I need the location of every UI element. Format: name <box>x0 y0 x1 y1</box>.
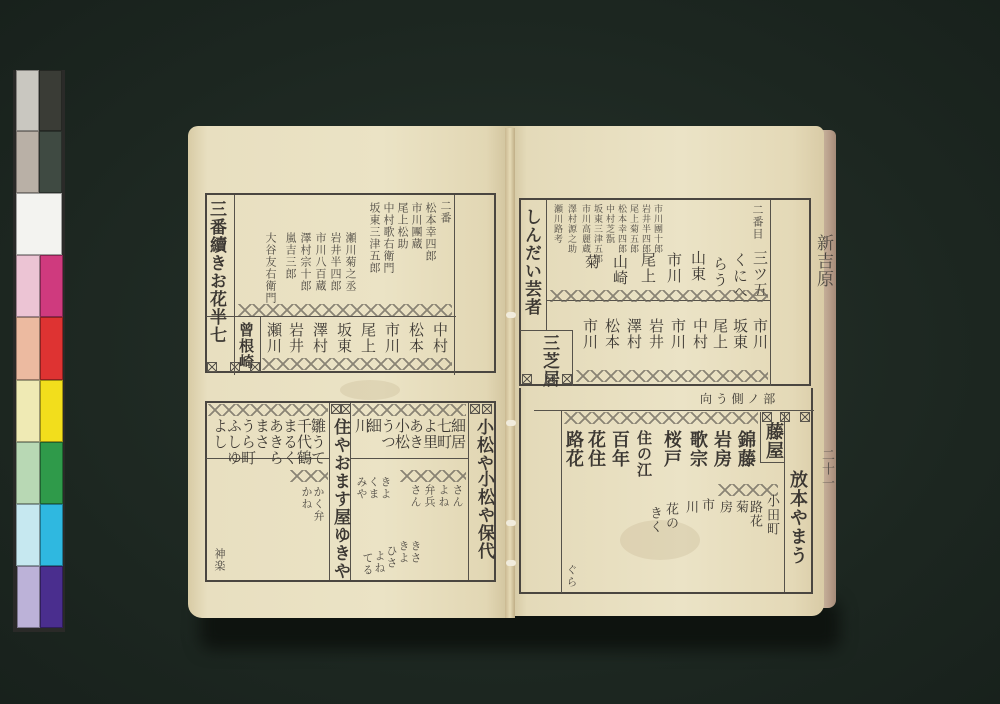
right-header-right: 二番目 <box>752 204 763 240</box>
cast-column: 尾上松助 <box>397 202 408 250</box>
x-mark-box <box>470 404 480 414</box>
lower-cast-column: 市川 <box>752 318 767 350</box>
sub-right-column: さん <box>410 484 421 508</box>
left-inner-divider <box>454 195 455 375</box>
proprietor-name: 放本やまう <box>788 470 806 565</box>
zigzag-border <box>290 470 328 482</box>
sub-right-column: さん <box>452 484 463 508</box>
cast-column: 大谷友右衛門 <box>265 232 276 304</box>
sub-left-column: かね <box>301 486 312 510</box>
x-mark-box <box>800 412 810 422</box>
upper-cast-column: 松本幸四郎 <box>616 204 625 254</box>
divider <box>350 403 351 580</box>
binding-stitch <box>506 560 516 566</box>
lower-cast-column: 瀬川 <box>266 322 281 354</box>
footer-small-column: てる <box>362 552 373 576</box>
divider <box>534 410 814 411</box>
house-box: 藤屋 <box>764 422 782 460</box>
upper-left-column: よし <box>212 418 227 450</box>
divider <box>520 330 572 331</box>
zigzag-border <box>352 404 466 416</box>
swatch-purple <box>40 566 63 628</box>
performer-name: 路花 <box>564 430 582 468</box>
divider <box>760 412 761 462</box>
performer-name: 花住 <box>586 430 604 468</box>
cast-column: 市川團蔵 <box>411 202 422 250</box>
x-mark-box <box>207 362 217 372</box>
sub-mid-column: みや <box>356 476 367 500</box>
main-cast-column: 菊 <box>584 254 599 270</box>
lower-cast-column: 市川 <box>384 322 399 354</box>
lower-cast-column: 坂東 <box>336 322 351 354</box>
sub-mid-column: きよ <box>380 476 391 500</box>
lower-cast-column: 中村 <box>692 318 707 350</box>
divider <box>561 410 562 593</box>
divider <box>546 200 547 330</box>
zigzag-border <box>550 290 768 302</box>
cast-column: 瀬川菊之丞 <box>345 232 356 292</box>
zigzag-border <box>400 470 466 482</box>
lower-cast-column: 岩井 <box>288 322 303 354</box>
left-header-right: 二番 <box>440 200 451 224</box>
x-mark-box <box>562 374 572 384</box>
cast-column: 岩井半四郎 <box>330 232 341 292</box>
x-mark-box <box>230 362 240 372</box>
x-mark-box <box>522 374 532 384</box>
lower-cast-column: 松本 <box>604 318 619 350</box>
left-section-divider <box>206 316 456 317</box>
main-cast-column: らう <box>712 256 727 288</box>
zigzag-border <box>576 370 768 382</box>
sub-performer-column: 市 <box>700 498 713 512</box>
cast-column: 市川八百蔵 <box>315 232 326 292</box>
upper-cast-column: 中村芝翫 <box>604 204 613 244</box>
zigzag-border <box>262 358 452 370</box>
sub-performer-column: 路花 <box>748 500 761 528</box>
swatch-white <box>16 193 62 255</box>
cast-column: 嵐吉三郎 <box>285 232 296 280</box>
sub-left-column: かく弁 <box>313 486 324 522</box>
swatch-red <box>40 317 63 380</box>
swatch-sky-light <box>16 504 40 566</box>
upper-cast-column: 岩井半四郎 <box>640 204 649 254</box>
upper-cast-column: 市川團十郎 <box>652 204 661 254</box>
right-corner-mark: ぐら <box>566 564 577 588</box>
color-calibration-chart <box>13 70 65 632</box>
x-mark-box <box>331 404 341 414</box>
divider <box>760 462 785 463</box>
swatch-lavender <box>17 566 40 628</box>
swatch-green <box>40 442 63 504</box>
sub-performer-column: 菊 <box>734 500 747 514</box>
main-cast-column: 山東 <box>690 250 705 282</box>
footer-small-column: よね <box>374 550 385 574</box>
sub-mid-column: くま <box>368 476 379 500</box>
cast-column: 澤村宗十郎 <box>300 232 311 292</box>
sub-performer-column: 房 <box>718 500 731 514</box>
x-mark-box <box>341 404 351 414</box>
x-mark-box <box>250 362 260 372</box>
lower-cast-column: 松本 <box>408 322 423 354</box>
left-inner-divider <box>234 195 235 375</box>
sub-right-column: 弁兵 <box>424 484 435 508</box>
x-mark-box <box>780 412 790 422</box>
cast-column: 中村歌右衛門 <box>383 202 394 274</box>
zigzag-border <box>208 404 328 416</box>
footer-small-column: きよ <box>398 540 409 564</box>
upper-cast-column: 澤村源之助 <box>566 204 575 254</box>
upper-cast-column: 尾上菊五郎 <box>628 204 637 254</box>
zigzag-border <box>564 412 758 424</box>
shop-column: 小松や <box>474 418 491 472</box>
lower-cast-column: 澤村 <box>312 322 327 354</box>
swatch-gray-light <box>16 70 39 131</box>
upper-mid-column: 川 <box>354 418 369 434</box>
lower-cast-column: 市川 <box>670 318 685 350</box>
swatch-cream <box>16 380 40 442</box>
center-column: 住やおます屋ゆきや <box>331 418 348 580</box>
left-corner-mark: 神楽 <box>214 548 225 572</box>
lower-cast-column: 岩井 <box>648 318 663 350</box>
swatch-yellow <box>40 380 63 442</box>
swatch-pink-light <box>16 255 40 317</box>
performer-name: 歌宗 <box>688 430 706 468</box>
performer-name: 住の江 <box>636 430 651 478</box>
folio-number: 二十一 <box>820 448 833 490</box>
left-box-divider <box>260 316 261 372</box>
main-cast-column: 山崎 <box>612 254 627 286</box>
performer-name: 桜戸 <box>662 430 680 468</box>
binding-stitch <box>506 312 516 318</box>
x-mark-box <box>545 374 555 384</box>
swatch-gray-dark <box>39 70 62 131</box>
main-cast-column: 尾上 <box>640 252 655 284</box>
sub-right-column: よね <box>438 484 449 508</box>
swatch-mint <box>16 442 40 504</box>
lower-cast-column: 尾上 <box>360 322 375 354</box>
swatch-cyan <box>40 504 63 566</box>
binding-stitch <box>506 520 516 526</box>
upper-cast-column: 瀬川路考 <box>552 204 561 244</box>
lower-cast-column: 澤村 <box>626 318 641 350</box>
sub-performer-column: 川 <box>684 500 697 514</box>
lower-cast-column: 中村 <box>432 322 447 354</box>
right-title-column: しんだい芸者 <box>522 208 539 316</box>
lower-cast-column: 尾上 <box>712 318 727 350</box>
upper-cast-column: 市川高麗蔵 <box>580 204 589 254</box>
zigzag-border <box>238 304 452 316</box>
divider <box>351 458 468 459</box>
performer-name: 錦藤 <box>736 430 754 468</box>
shop-name: 小松や保代 <box>475 470 492 560</box>
sub-performer-column: 花の <box>664 502 677 530</box>
binding-stitch <box>506 420 516 426</box>
swatch-taupe <box>16 131 39 193</box>
cast-column: 松本幸四郎 <box>425 202 436 262</box>
lower-cast-column: 市川 <box>582 318 597 350</box>
x-mark-box <box>482 404 492 414</box>
margin-note: 新吉原 <box>814 234 831 288</box>
divider <box>770 200 771 386</box>
left-title-column: 三番續きお花半七 <box>207 200 224 344</box>
paper-stain <box>340 380 400 400</box>
lower-cast-column: 坂東 <box>732 318 747 350</box>
swatch-magenta <box>40 255 63 317</box>
cast-column: 坂東三津五郎 <box>369 202 380 274</box>
divider <box>572 330 573 386</box>
footer-small-column: きさ <box>410 540 421 564</box>
divider <box>784 412 785 592</box>
main-cast-column: 市川 <box>666 252 681 284</box>
book-spine <box>505 128 515 618</box>
sub-performer-column: 小田町 <box>765 494 778 536</box>
swatch-dark-green-gray <box>39 131 62 193</box>
x-mark-box <box>762 412 772 422</box>
performer-name: 百年 <box>610 430 628 468</box>
swatch-peach <box>16 317 40 380</box>
divider <box>468 403 469 580</box>
footer-small-column: ひさ <box>386 545 397 569</box>
performer-name: 岩房 <box>712 430 730 468</box>
direction-label: 向 う 側 ノ 部 <box>700 390 775 407</box>
sub-performer-column: きく <box>648 506 661 534</box>
